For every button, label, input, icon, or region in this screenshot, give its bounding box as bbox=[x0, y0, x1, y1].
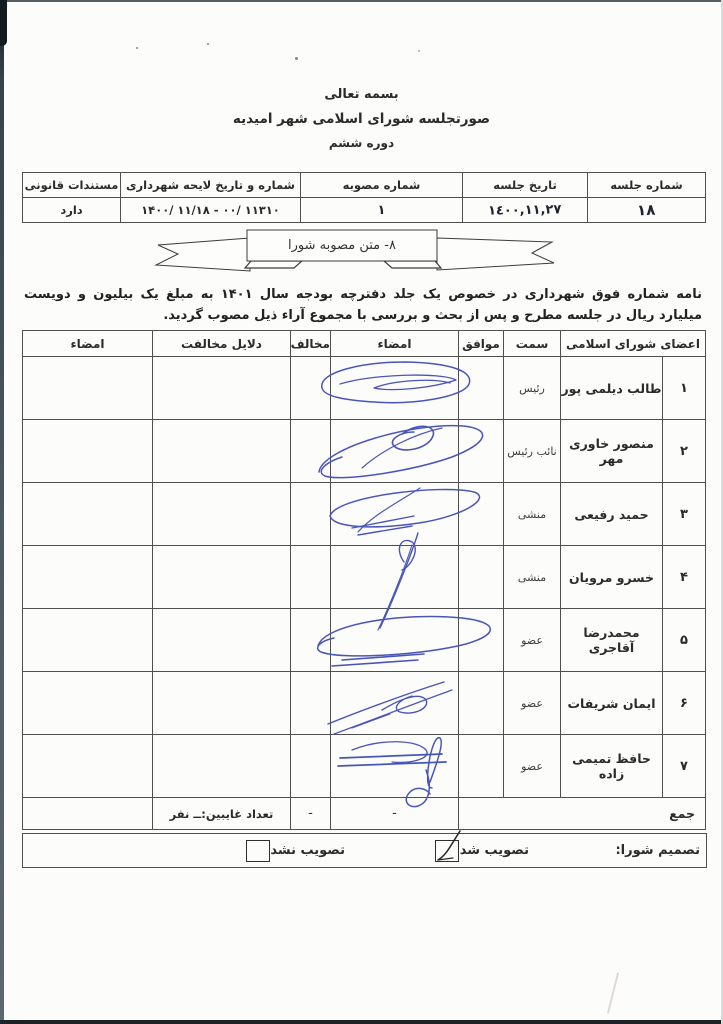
document-title: صورتجلسه شورای اسلامی شهر امیدیه bbox=[0, 111, 723, 127]
signature-cell bbox=[331, 420, 459, 483]
approved-label: تصویب شد bbox=[460, 834, 529, 867]
member-name: خسرو مرویان bbox=[561, 546, 663, 609]
council-term: دوره ششم bbox=[0, 136, 723, 150]
info-header-resolution-number: شماره مصوبه bbox=[301, 173, 463, 198]
agree-cell bbox=[459, 546, 504, 609]
members-table-header-row: اعضای شورای اسلامی سمت موافق امضاء مخالف… bbox=[23, 331, 706, 357]
disagree-cell bbox=[291, 357, 331, 420]
disagree-cell bbox=[291, 483, 331, 546]
info-value-letter-number-date: ۱۴۰۰/ ۱۱/۱۸ - ۰۰/ ۱۱۳۱۰ bbox=[121, 198, 301, 223]
member-name: حمید رفیعی bbox=[561, 483, 663, 546]
col-header-disagree-reasons: دلایل مخالفت bbox=[153, 331, 291, 357]
scan-edge-left bbox=[0, 0, 4, 1024]
signature2-cell bbox=[23, 735, 153, 798]
approved-checkbox bbox=[435, 840, 459, 862]
member-position: نائب رئیس bbox=[504, 420, 561, 483]
disagree-reason-cell bbox=[153, 672, 291, 735]
sum-disagree-dash: - bbox=[291, 798, 331, 830]
signature2-cell bbox=[23, 609, 153, 672]
info-value-session-date: ١٤٠٠,١١,٢٧ bbox=[463, 198, 588, 223]
signature2-cell bbox=[23, 357, 153, 420]
banner-title: ۸- متن مصوبه شورا bbox=[247, 230, 437, 261]
scan-speck bbox=[295, 57, 298, 60]
rejected-label: تصویب نشد bbox=[270, 834, 345, 867]
resolution-text: نامه شماره فوق شهرداری در خصوص یک جلد دف… bbox=[24, 284, 702, 326]
bismillah-text: بسمه تعالی bbox=[0, 87, 723, 102]
member-name: ایمان شریفات bbox=[561, 672, 663, 735]
agree-cell bbox=[459, 420, 504, 483]
council-decision-row: تصمیم شورا: تصویب شد تصویب نشد bbox=[22, 833, 707, 868]
member-name: منصور خاوری مهر bbox=[561, 420, 663, 483]
member-name: محمدرضا آقاجری bbox=[561, 609, 663, 672]
member-number: ۵ bbox=[663, 609, 706, 672]
disagree-reason-cell bbox=[153, 735, 291, 798]
col-header-signature: امضاء bbox=[331, 331, 459, 357]
signature-cell bbox=[331, 609, 459, 672]
absentees-count: تعداد غایبین:ــ نفر bbox=[153, 798, 291, 830]
member-row-7: ۷ حافظ تمیمی زاده عضو bbox=[23, 735, 706, 798]
col-header-position: سمت bbox=[504, 331, 561, 357]
scan-edge-top bbox=[0, 0, 723, 2]
member-row-1: ۱ طالب دیلمی پور رئیس bbox=[23, 357, 706, 420]
member-number: ۳ bbox=[663, 483, 706, 546]
col-header-members: اعضای شورای اسلامی bbox=[561, 331, 706, 357]
sum-label: جمع bbox=[459, 798, 706, 830]
member-name: حافظ تمیمی زاده bbox=[561, 735, 663, 798]
scan-speck bbox=[136, 47, 138, 49]
agree-cell bbox=[459, 609, 504, 672]
rejected-checkbox bbox=[246, 840, 270, 862]
scan-edge-bottom bbox=[0, 1020, 723, 1024]
ribbon-banner: ۸- متن مصوبه شورا bbox=[150, 229, 560, 275]
members-table: اعضای شورای اسلامی سمت موافق امضاء مخالف… bbox=[22, 330, 706, 830]
scan-crease bbox=[607, 972, 619, 1013]
agree-cell bbox=[459, 483, 504, 546]
col-header-signature-2: امضاء bbox=[23, 331, 153, 357]
session-info-table: شماره جلسه تاریخ جلسه شماره مصوبه شماره … bbox=[22, 172, 706, 223]
sum-row: جمع - - تعداد غایبین:ــ نفر bbox=[23, 798, 706, 830]
member-number: ۲ bbox=[663, 420, 706, 483]
signature-cell bbox=[331, 546, 459, 609]
info-value-legal-docs: دارد bbox=[23, 198, 121, 223]
info-value-session-number: ١٨ bbox=[588, 198, 706, 223]
signature2-cell bbox=[23, 483, 153, 546]
info-header-session-date: تاریخ جلسه bbox=[463, 173, 588, 198]
disagree-cell bbox=[291, 609, 331, 672]
member-position: منشی bbox=[504, 546, 561, 609]
signature2-cell bbox=[23, 546, 153, 609]
agree-cell bbox=[459, 735, 504, 798]
disagree-cell bbox=[291, 672, 331, 735]
checkmark-icon bbox=[432, 828, 466, 868]
agree-cell bbox=[459, 672, 504, 735]
agree-cell bbox=[459, 357, 504, 420]
disagree-reason-cell bbox=[153, 483, 291, 546]
info-value-resolution-number: ١ bbox=[301, 198, 463, 223]
disagree-reason-cell bbox=[153, 357, 291, 420]
decision-label: تصمیم شورا: bbox=[615, 834, 700, 867]
member-position: عضو bbox=[504, 609, 561, 672]
signature-cell bbox=[331, 672, 459, 735]
signature2-cell bbox=[23, 420, 153, 483]
signature-cell bbox=[331, 357, 459, 420]
member-row-2: ۲ منصور خاوری مهر نائب رئیس bbox=[23, 420, 706, 483]
member-row-5: ۵ محمدرضا آقاجری عضو bbox=[23, 609, 706, 672]
document-header: بسمه تعالی صورتجلسه شورای اسلامی شهر امی… bbox=[0, 87, 723, 150]
disagree-reason-cell bbox=[153, 609, 291, 672]
member-position: عضو bbox=[504, 672, 561, 735]
signature2-cell bbox=[23, 672, 153, 735]
member-row-4: ۴ خسرو مرویان منشی bbox=[23, 546, 706, 609]
member-position: منشی bbox=[504, 483, 561, 546]
disagree-cell bbox=[291, 735, 331, 798]
sum-signature2-cell bbox=[23, 798, 153, 830]
member-row-3: ۳ حمید رفیعی منشی bbox=[23, 483, 706, 546]
scan-edge-corner bbox=[0, 0, 7, 46]
scan-speck bbox=[207, 43, 209, 45]
disagree-reason-cell bbox=[153, 546, 291, 609]
col-header-agree: موافق bbox=[459, 331, 504, 357]
signature-cell bbox=[331, 735, 459, 798]
disagree-reason-cell bbox=[153, 420, 291, 483]
scanned-document-page: بسمه تعالی صورتجلسه شورای اسلامی شهر امی… bbox=[0, 0, 723, 1024]
info-header-session-number: شماره جلسه bbox=[588, 173, 706, 198]
member-position: رئیس bbox=[504, 357, 561, 420]
member-number: ۷ bbox=[663, 735, 706, 798]
signature-cell bbox=[331, 483, 459, 546]
member-number: ۶ bbox=[663, 672, 706, 735]
member-position: عضو bbox=[504, 735, 561, 798]
info-header-letter-number-date: شماره و تاریخ لایحه شهرداری bbox=[121, 173, 301, 198]
col-header-disagree: مخالف bbox=[291, 331, 331, 357]
member-number: ۱ bbox=[663, 357, 706, 420]
sum-signature-dash: - bbox=[331, 798, 459, 830]
member-number: ۴ bbox=[663, 546, 706, 609]
scan-speck bbox=[418, 50, 420, 52]
disagree-cell bbox=[291, 420, 331, 483]
member-name: طالب دیلمی پور bbox=[561, 357, 663, 420]
member-row-6: ۶ ایمان شریفات عضو bbox=[23, 672, 706, 735]
info-header-legal-docs: مستندات قانونی bbox=[23, 173, 121, 198]
disagree-cell bbox=[291, 546, 331, 609]
